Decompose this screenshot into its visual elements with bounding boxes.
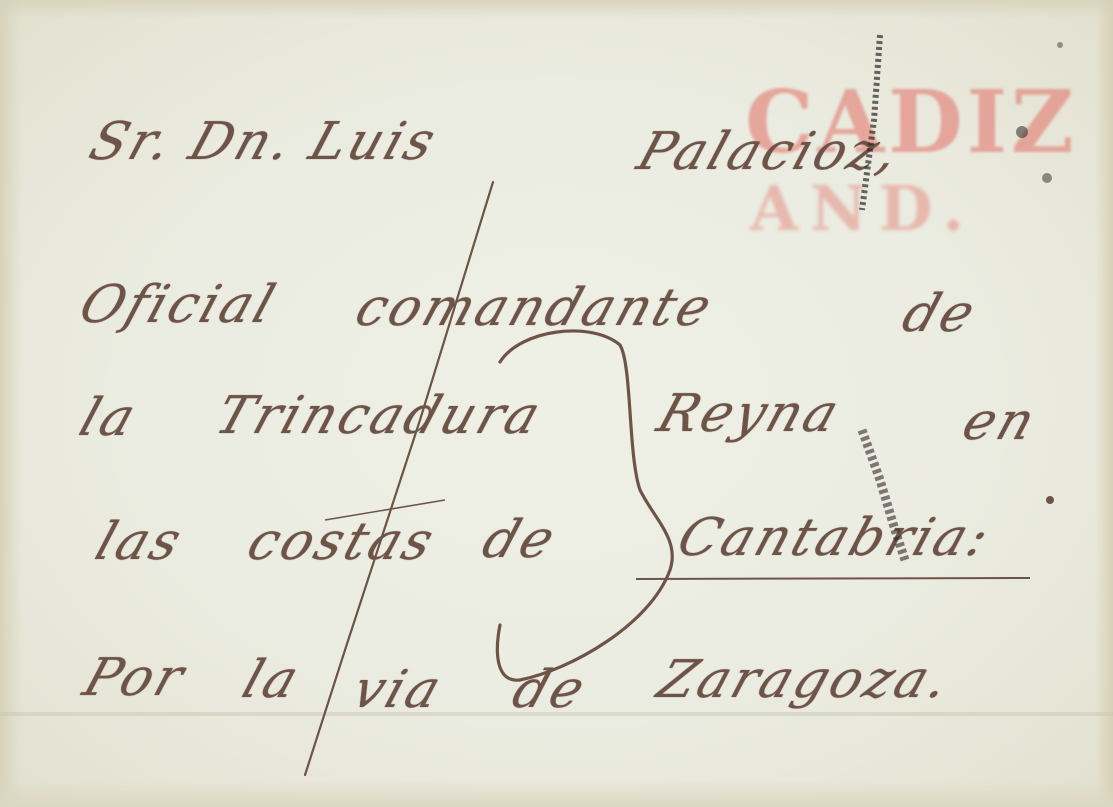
ink-dot xyxy=(1016,126,1028,138)
black-cancel-smudge xyxy=(862,35,880,210)
ink-dot xyxy=(1042,173,1052,183)
cross-stroke-costas xyxy=(325,500,445,520)
black-cancel-smudge-2 xyxy=(862,430,905,560)
diagonal-pen-stroke xyxy=(305,182,493,775)
destination-underline xyxy=(636,578,1030,579)
pen-marks xyxy=(0,0,1113,807)
ink-dot xyxy=(1057,42,1063,48)
ink-dot xyxy=(1046,496,1054,504)
rate-mark-3 xyxy=(497,331,672,680)
letter-cover: CADIZ AND. Sr. Dn. Luis Palacioz, Oficia… xyxy=(0,0,1113,807)
